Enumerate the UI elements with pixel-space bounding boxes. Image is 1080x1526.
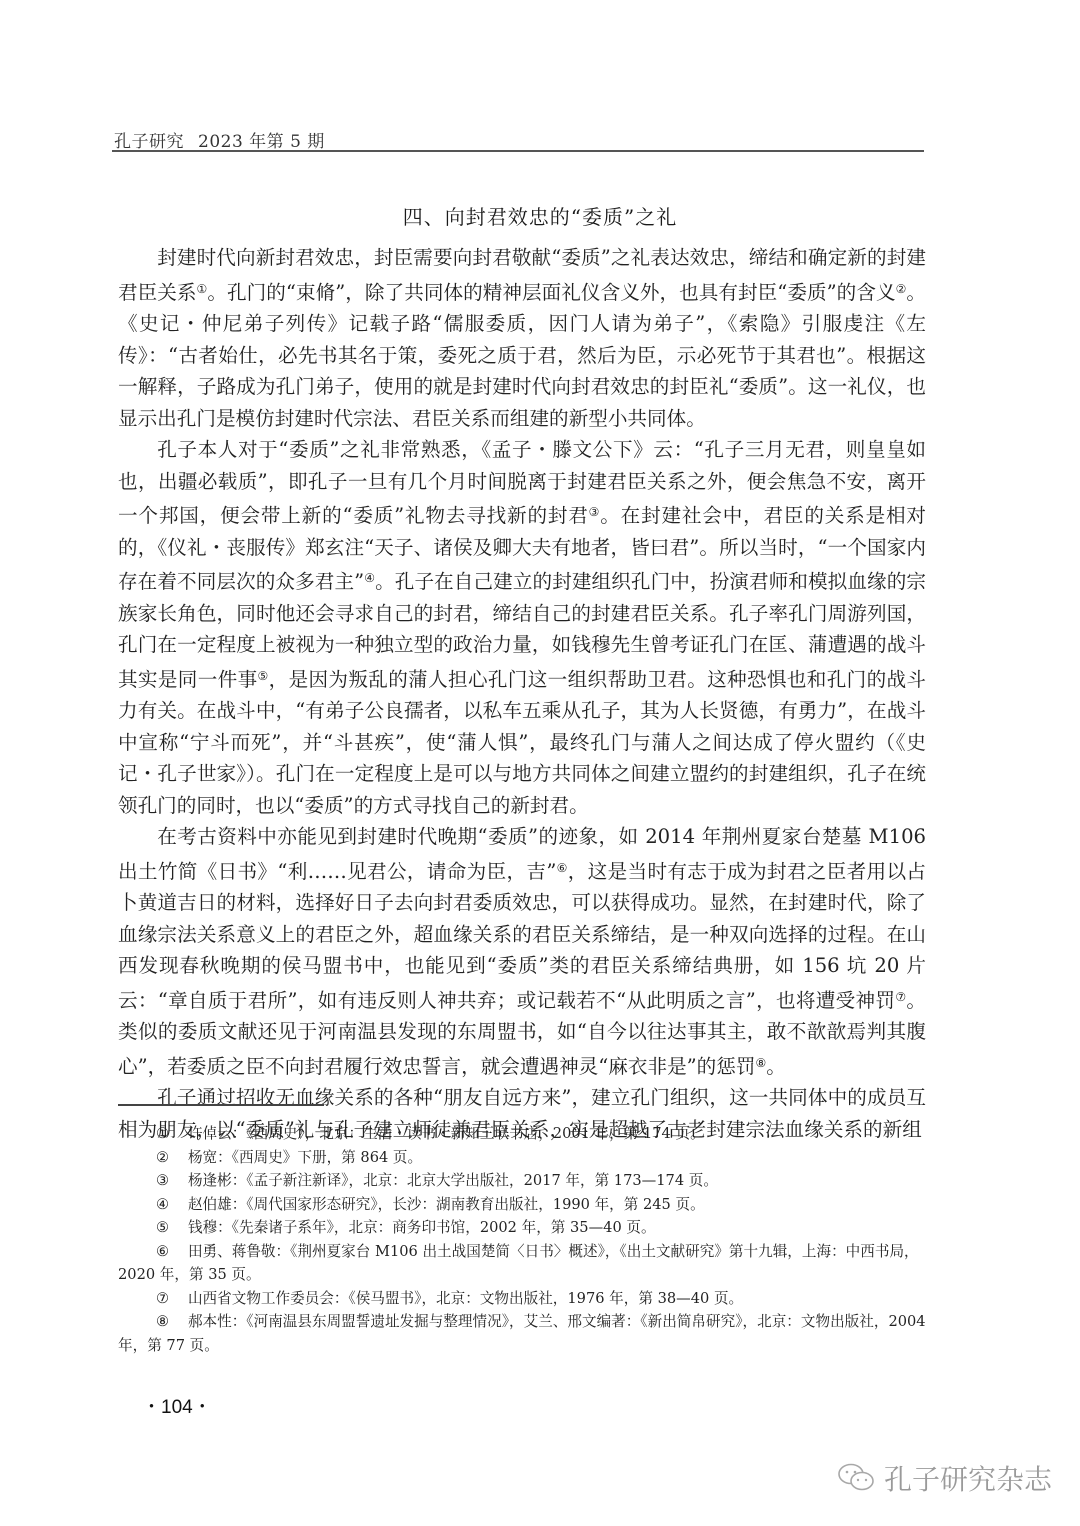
footnote-text: 郝本性：《河南温县东周盟誓遗址发掘与整理情况》，艾兰、邢文编著：《新出简帛研究》…: [118, 1313, 926, 1354]
footnote-item: ⑧郝本性：《河南温县东周盟誓遗址发掘与整理情况》，艾兰、邢文编著：《新出简帛研究…: [118, 1310, 926, 1357]
footnote-item: ①许倬云：《西周史》，北京：生活・读书・新知三联书店，2001 年，第 174 …: [118, 1122, 926, 1146]
footnote-ref[interactable]: ⑦: [895, 990, 906, 1004]
footnote-text: 山西省文物工作委员会：《侯马盟书》，北京：文物出版社，1976 年，第 38—4…: [188, 1290, 743, 1307]
footnote-ref[interactable]: ①: [197, 282, 208, 296]
footnote-number: ⑧: [156, 1310, 188, 1334]
article-body: 封建时代向新封君效忠，封臣需要向封君敬献“委质”之礼表达效忠，缔结和确定新的封建…: [118, 242, 926, 1145]
footnote-item: ⑥田勇、蒋鲁敬：《荆州夏家台 M106 出土战国楚简〈日书〉概述》，《出土文献研…: [118, 1240, 926, 1287]
footnote-item: ④赵伯雄：《周代国家形态研究》，长沙：湖南教育出版社，1990 年，第 245 …: [118, 1193, 926, 1217]
wechat-icon: [836, 1462, 876, 1494]
footnote-item: ⑤钱穆：《先秦诸子系年》，北京：商务印书馆，2002 年，第 35—40 页。: [118, 1216, 926, 1240]
header-rule: [112, 150, 924, 152]
watermark-text: 孔子研究杂志: [884, 1458, 1052, 1498]
footnote-text: 杨逢彬：《孟子新注新译》，北京：北京大学出版社，2017 年，第 173—174…: [188, 1172, 718, 1189]
watermark: 孔子研究杂志: [836, 1458, 1052, 1498]
footnote-text: 杨宽：《西周史》下册，第 864 页。: [188, 1149, 422, 1166]
paragraph: 孔子本人对于“委质”之礼非常熟悉，《孟子・滕文公下》云：“孔子三月无君，则皇皇如…: [118, 434, 926, 821]
footnote-number: ⑥: [156, 1240, 188, 1264]
section-title: 四、向封君效忠的“委质”之礼: [0, 201, 1080, 230]
footnote-number: ⑤: [156, 1216, 188, 1240]
footnote-ref[interactable]: ⑧: [755, 1056, 766, 1070]
footnote-item: ⑦山西省文物工作委员会：《侯马盟书》，北京：文物出版社，1976 年，第 38—…: [118, 1287, 926, 1311]
footnote-number: ④: [156, 1193, 188, 1217]
journal-name: 孔子研究: [114, 132, 184, 152]
footnote-text: 许倬云：《西周史》，北京：生活・读书・新知三联书店，2001 年，第 174 页…: [188, 1125, 705, 1142]
footnote-ref[interactable]: ②: [896, 282, 907, 296]
footnote-number: ②: [156, 1146, 188, 1170]
footnote-number: ⑦: [156, 1287, 188, 1311]
running-head: 孔子研究2023 年第 5 期: [114, 127, 325, 152]
footnote-text: 钱穆：《先秦诸子系年》，北京：商务印书馆，2002 年，第 35—40 页。: [188, 1219, 656, 1236]
footnote-rule: [118, 1104, 324, 1106]
footnote-text: 田勇、蒋鲁敬：《荆州夏家台 M106 出土战国楚简〈日书〉概述》，《出土文献研究…: [118, 1243, 919, 1284]
footnote-ref[interactable]: ⑤: [258, 669, 269, 683]
paragraph: 在考古资料中亦能见到封建时代晚期“委质”的迹象，如 2014 年荆州夏家台楚墓 …: [118, 821, 926, 1082]
footnote-item: ③杨逢彬：《孟子新注新译》，北京：北京大学出版社，2017 年，第 173—17…: [118, 1169, 926, 1193]
issue-label: 2023 年第 5 期: [198, 132, 325, 152]
paragraph-text: 。: [766, 1055, 786, 1078]
footnote-number: ③: [156, 1169, 188, 1193]
footnote-ref[interactable]: ⑥: [556, 861, 567, 875]
page-number: ・104・: [142, 1392, 212, 1419]
footnotes: ①许倬云：《西周史》，北京：生活・读书・新知三联书店，2001 年，第 174 …: [118, 1122, 926, 1357]
footnote-number: ①: [156, 1122, 188, 1146]
footnote-ref[interactable]: ③: [589, 505, 601, 519]
footnote-ref[interactable]: ④: [364, 571, 375, 585]
paragraph: 封建时代向新封君效忠，封臣需要向封君敬献“委质”之礼表达效忠，缔结和确定新的封建…: [118, 242, 926, 434]
footnote-text: 赵伯雄：《周代国家形态研究》，长沙：湖南教育出版社，1990 年，第 245 页…: [188, 1196, 705, 1213]
footnote-item: ②杨宽：《西周史》下册，第 864 页。: [118, 1146, 926, 1170]
paragraph-text: 。孔门的“束脩”，除了共同体的精神层面礼仪含义外，也具有封臣“委质”的含义: [207, 281, 895, 304]
